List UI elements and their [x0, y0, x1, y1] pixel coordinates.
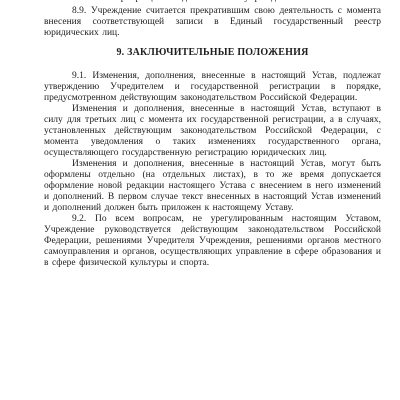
document-page: связанным с прекращением деятельности уч…: [0, 0, 400, 400]
clipped-top-line: связанным с прекращением деятельности уч…: [44, 0, 381, 4]
clause-8-9-text: 8.9. Учреждение считается прекратившим с…: [44, 6, 381, 39]
clause-9-1-continuation-2: Изменения и дополнения, внесенные в наст…: [44, 159, 381, 214]
clause-9-1-continuation-1: Изменения и дополнения, внесенные в наст…: [44, 104, 381, 159]
clipped-top-line-text: связанным с прекращением деятельности уч…: [44, 0, 381, 4]
document-text-column: связанным с прекращением деятельности уч…: [44, 0, 381, 269]
clause-9-1-text: 9.1. Изменения, дополнения, внесенные в …: [44, 71, 381, 104]
clause-9-2-text: 9.2. По всем вопросам, не урегулированны…: [44, 214, 381, 269]
section-9-heading: 9. ЗАКЛЮЧИТЕЛЬНЫЕ ПОЛОЖЕНИЯ: [44, 47, 381, 58]
